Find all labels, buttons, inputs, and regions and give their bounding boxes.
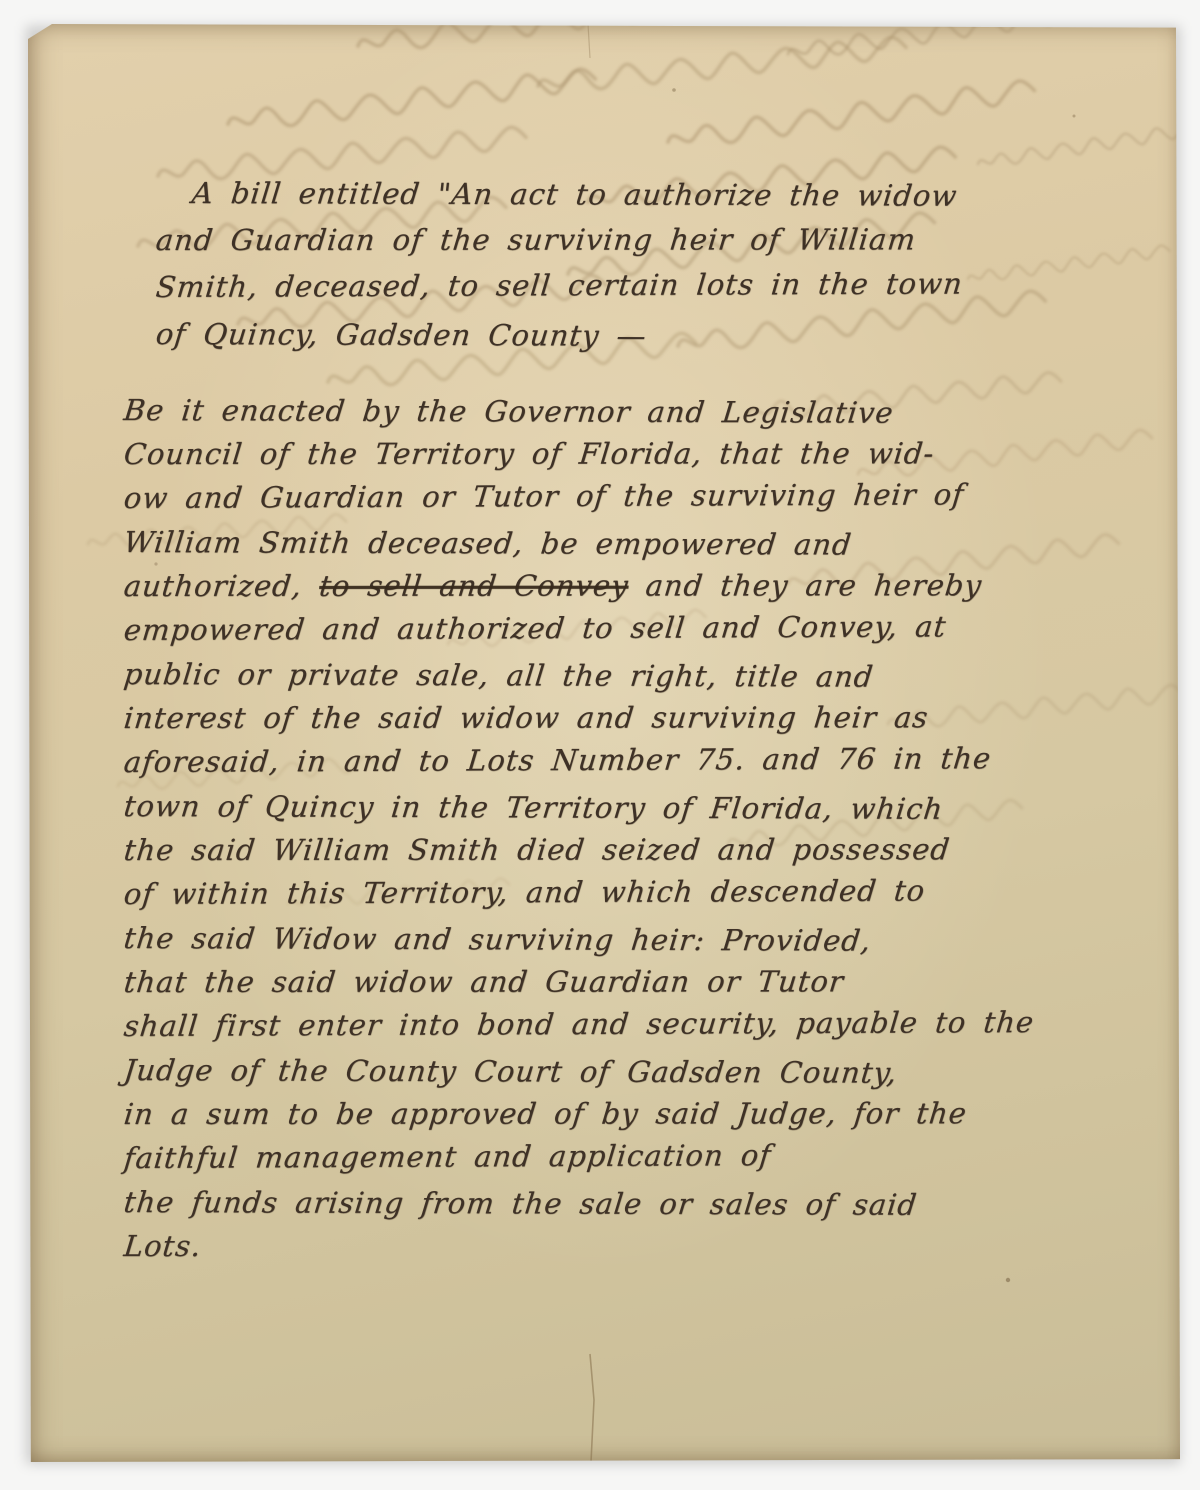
manuscript-line: faithful management and application of xyxy=(122,1132,1037,1180)
manuscript-line: of within this Territory, and which desc… xyxy=(122,868,1037,916)
manuscript-line: public or private sale, all the right, t… xyxy=(122,652,1036,699)
manuscript-line: in a sum to be approved of by said Judge… xyxy=(122,1091,1036,1136)
manuscript-line: A bill entitled "An act to authorize the… xyxy=(189,170,964,220)
manuscript-line: the funds arising from the sale or sales… xyxy=(122,1180,1036,1227)
bill-body-paragraph: Be it enacted by the Governor and Legisl… xyxy=(124,388,1034,1268)
manuscript-line: of Quincy, Gadsden County — xyxy=(153,311,964,361)
manuscript-line: Be it enacted by the Governor and Legisl… xyxy=(122,388,1036,435)
manuscript-line: Lots. xyxy=(122,1223,1036,1268)
manuscript-line: that the said widow and Guardian or Tuto… xyxy=(122,959,1036,1004)
scanned-document-page: A bill entitled "An act to authorize the… xyxy=(0,0,1200,1490)
manuscript-line: shall first enter into bond and security… xyxy=(122,1000,1037,1048)
manuscript-line: the said Widow and surviving heir: Provi… xyxy=(122,916,1036,963)
manuscript-line: and Guardian of the surviving heir of Wi… xyxy=(154,216,965,264)
manuscript-line: the said William Smith died seized and p… xyxy=(122,827,1036,872)
manuscript-line: interest of the said widow and surviving… xyxy=(122,695,1036,740)
struck-out-text: to sell and Convey xyxy=(318,569,631,603)
manuscript-line: Council of the Territory of Florida, tha… xyxy=(122,431,1036,476)
manuscript-line: town of Quincy in the Territory of Flori… xyxy=(122,784,1036,831)
bill-title-paragraph: A bill entitled "An act to authorize the… xyxy=(156,170,962,358)
manuscript-line: William Smith deceased, be empowered and xyxy=(122,520,1036,567)
manuscript-line: empowered and authorized to sell and Con… xyxy=(122,604,1037,652)
manuscript-line: Judge of the County Court of Gadsden Cou… xyxy=(122,1048,1036,1095)
manuscript-line: ow and Guardian or Tutor of the survivin… xyxy=(122,472,1037,520)
manuscript-line: Smith, deceased, to sell certain lots in… xyxy=(154,260,965,311)
manuscript-line: authorized, to sell and Convey and they … xyxy=(122,563,1036,608)
manuscript-paper: A bill entitled "An act to authorize the… xyxy=(28,24,1180,1462)
manuscript-line: aforesaid, in and to Lots Number 75. and… xyxy=(122,736,1037,784)
